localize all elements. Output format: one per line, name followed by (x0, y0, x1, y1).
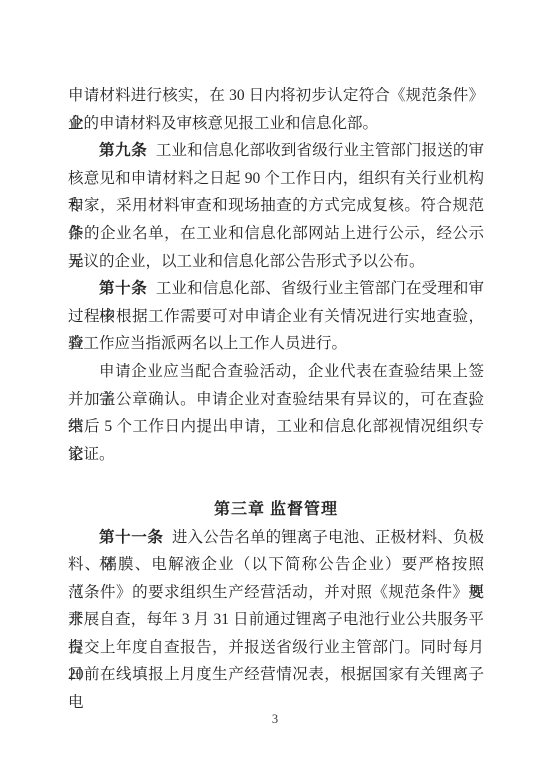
document-page: 申请材料进行核实，在 30 日内将初步认定符合《规范条件》企业的申请材料及审核意… (0, 0, 550, 777)
line-text: 业的申请材料及审核意见报工业和信息化部。 (68, 115, 378, 132)
text-line: 并加盖公章确认。申请企业对查验结果有异议的，可在查验结 (68, 386, 484, 414)
text-line: 开展自查，每年 3 月 31 日前通过锂离子电池行业公共服务平台 (68, 606, 484, 634)
document-text-block: 申请材料进行核实，在 30 日内将初步认定符合《规范条件》企业的申请材料及审核意… (68, 82, 484, 689)
article-number: 第十条 (99, 280, 147, 297)
article-number: 第十一条 (99, 529, 163, 546)
line-text: 日前在线填报上月度生产经营情况表，根据国家有关锂离子电 (68, 666, 484, 711)
text-line: 申请企业应当配合查验活动，企业代表在查验结果上签字， (68, 358, 484, 386)
body-section-before-heading: 申请材料进行核实，在 30 日内将初步认定符合《规范条件》企业的申请材料及审核意… (68, 82, 484, 468)
text-line: 业的申请材料及审核意见报工业和信息化部。 (68, 110, 484, 138)
body-section-after-heading: 第十一条进入公告名单的锂离子电池、正极材料、负极材料、隔膜、电解液企业（以下简称… (68, 524, 484, 690)
text-line: 核意见和申请材料之日起 90 个工作日内，组织有关行业机构和 (68, 165, 484, 193)
line-text: 论证。 (68, 446, 115, 463)
text-line: 束后 5 个工作日内提出申请，工业和信息化部视情况组织专家 (68, 413, 484, 441)
text-line: 日前在线填报上月度生产经营情况表，根据国家有关锂离子电 (68, 661, 484, 689)
line-text: 验工作应当指派两名以上工作人员进行。 (68, 335, 347, 352)
chapter-heading: 第三章 监督管理 (68, 496, 484, 524)
article-number: 第九条 (99, 142, 147, 159)
text-line: 第十一条进入公告名单的锂离子电池、正极材料、负极材 (68, 524, 484, 552)
text-line: 第十条工业和信息化部、省级行业主管部门在受理和审核 (68, 275, 484, 303)
line-text: 异议的企业，以工业和信息化部公告形式予以公布。 (68, 253, 425, 270)
text-line: 异议的企业，以工业和信息化部公告形式予以公布。 (68, 248, 484, 276)
line-text: 工业和信息化部收到省级行业主管部门报送的审 (156, 142, 484, 159)
text-line: 提交上年度自查报告，并报送省级行业主管部门。同时每月 20 (68, 634, 484, 662)
text-line: 范条件》的要求组织生产经营活动，并对照《规范条件》要求 (68, 579, 484, 607)
text-line: 论证。 (68, 441, 484, 469)
text-line: 件的企业名单，在工业和信息化部网站上进行公示，经公示无 (68, 220, 484, 248)
text-line: 专家，采用材料审查和现场抽查的方式完成复核。符合规范条 (68, 192, 484, 220)
text-line: 第九条工业和信息化部收到省级行业主管部门报送的审 (68, 137, 484, 165)
text-line: 申请材料进行核实，在 30 日内将初步认定符合《规范条件》企 (68, 82, 484, 110)
page-number: 3 (0, 712, 550, 727)
text-line: 验工作应当指派两名以上工作人员进行。 (68, 330, 484, 358)
text-line: 过程中根据工作需要可对申请企业有关情况进行实地查验，查 (68, 303, 484, 331)
text-line: 料、隔膜、电解液企业（以下简称公告企业）要严格按照《规 (68, 551, 484, 579)
